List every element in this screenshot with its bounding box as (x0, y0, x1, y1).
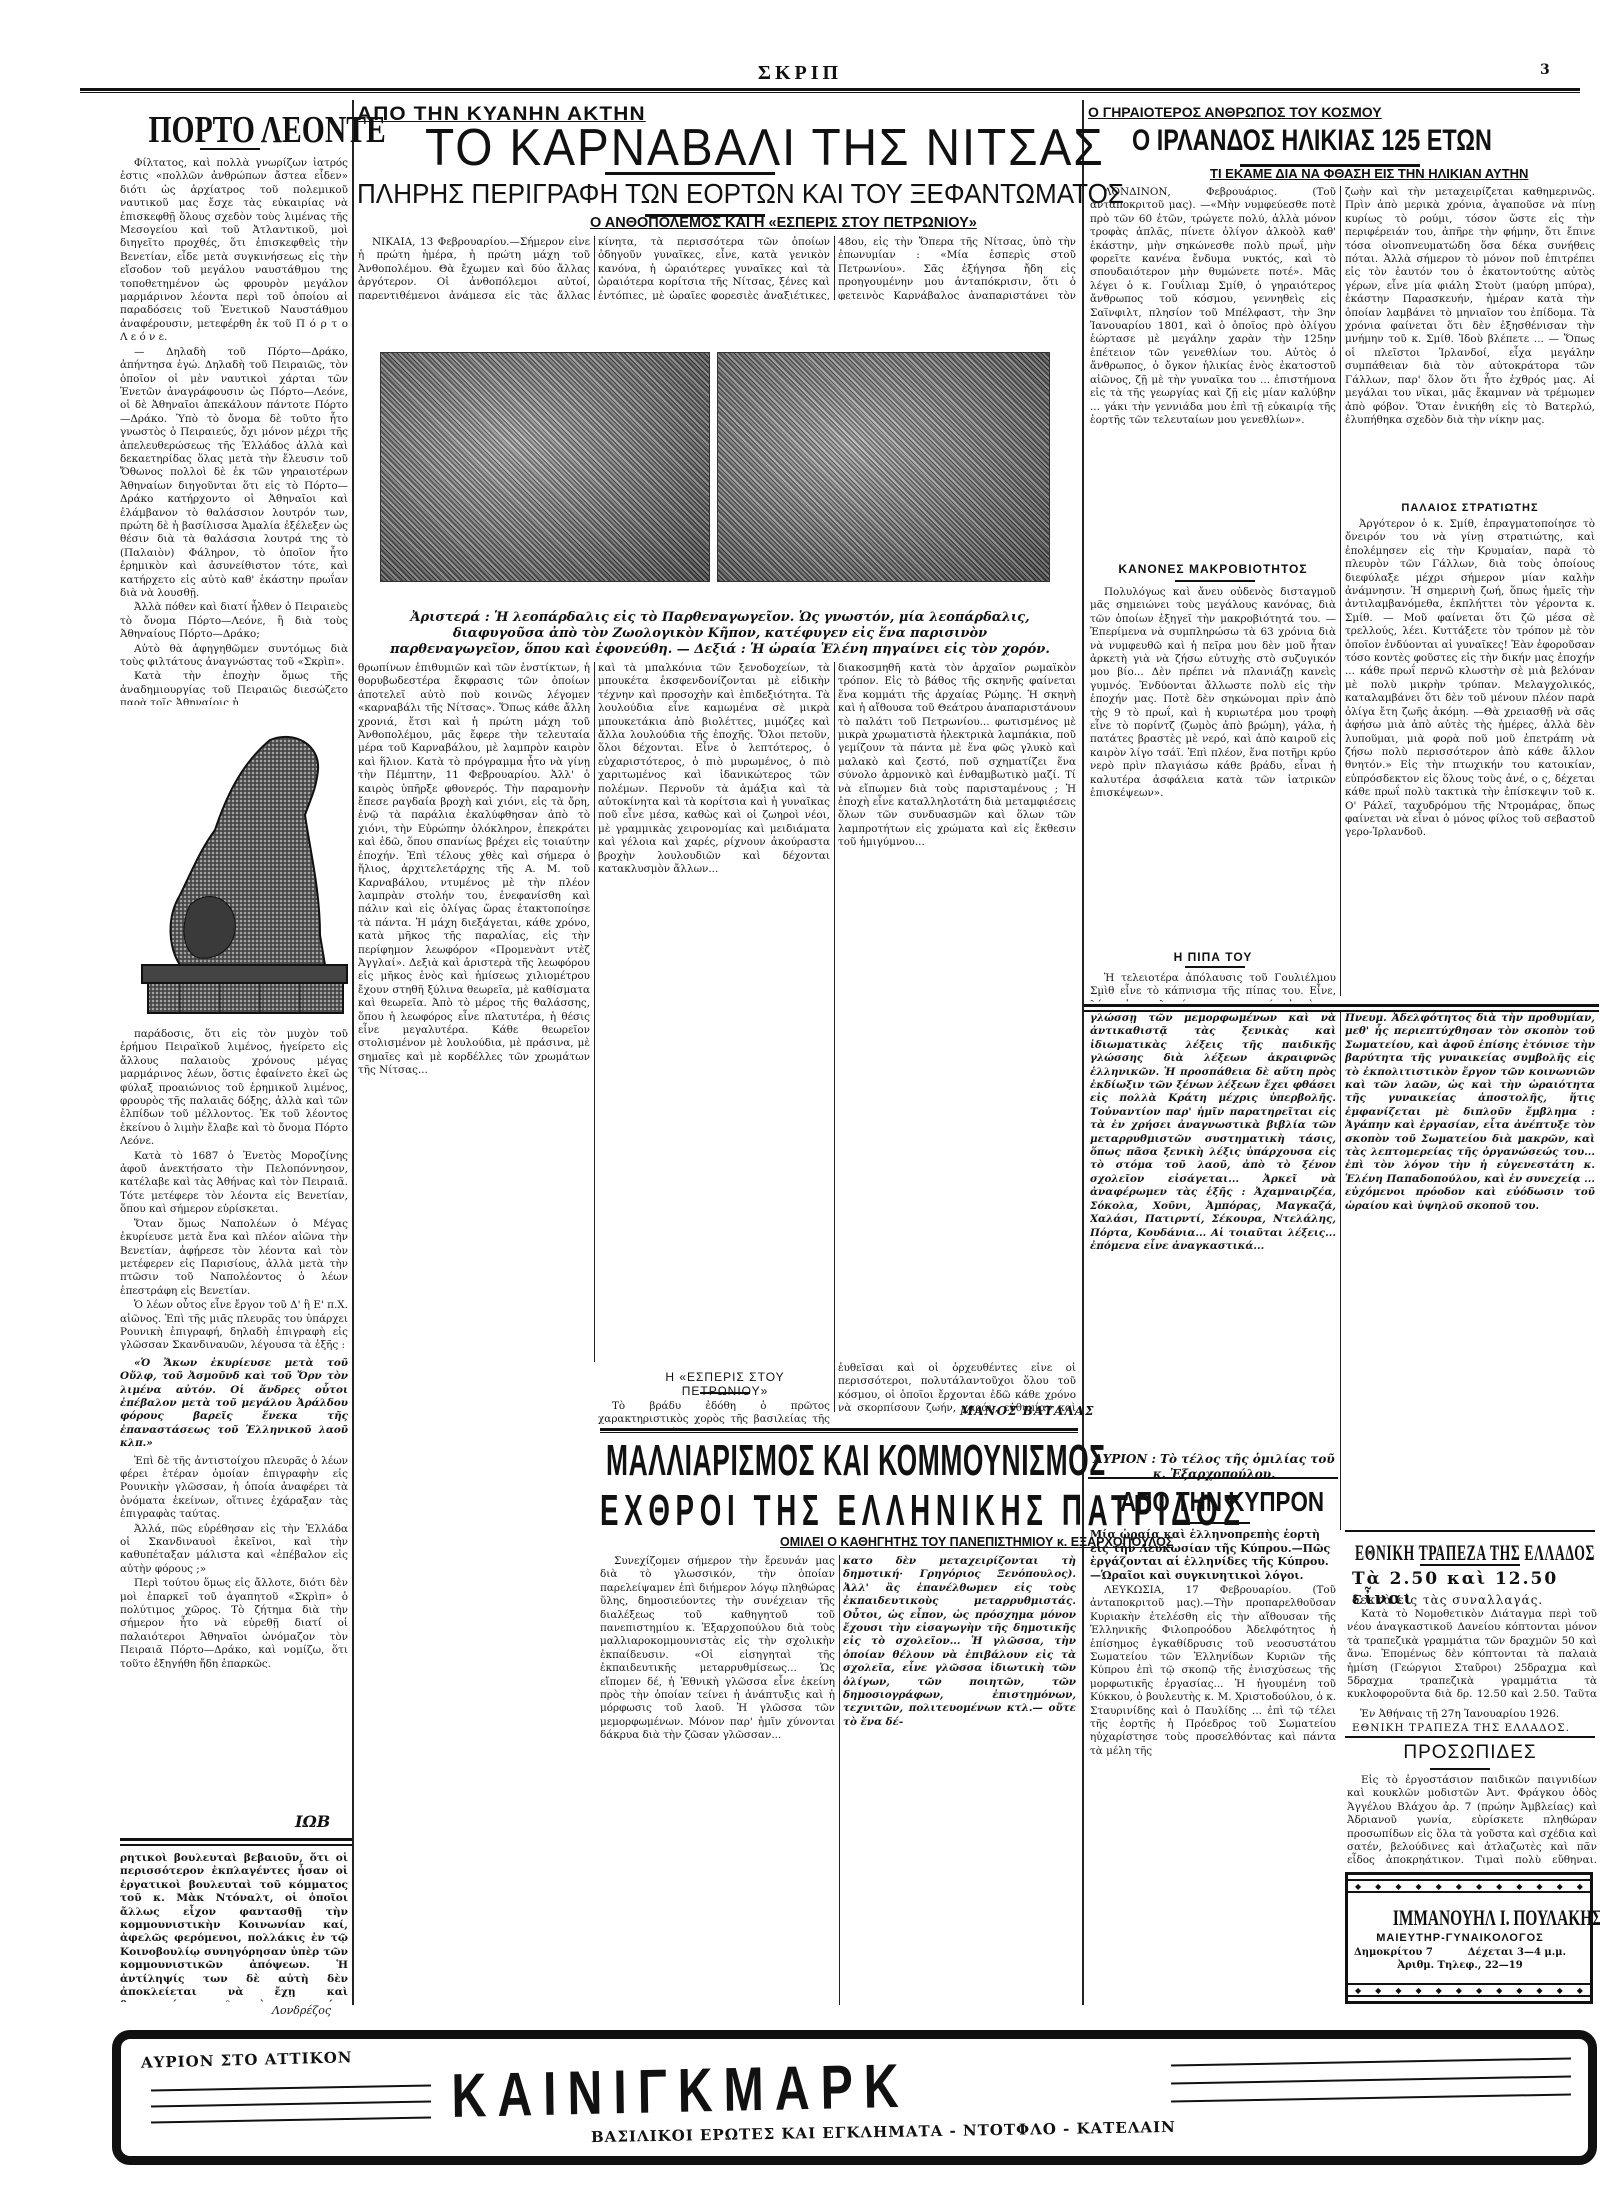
title-rule (1180, 1522, 1250, 1524)
sub-section-rule (700, 1392, 750, 1394)
article-lead: Μία ὡραία καὶ ἑλληνοπρεπὴς ἑορτὴ εἰς τὴν… (1090, 1528, 1336, 1582)
paragraph: Κατὰ τὸ 1687 ὁ Ἐνετὸς Μοροζίνης ἀφοῦ ἀνε… (120, 1150, 348, 1217)
article-title: ΑΠΟ ΤΗΝ ΚΥΠΡΟΝ (1120, 1486, 1324, 1518)
column-2-top: κίνητα, τὰ περισσότερα τῶν ὁποίων ὁδηγοῦ… (598, 236, 830, 300)
section-rule (1345, 1530, 1595, 1532)
paragraph: Κατὰ τὴν ἐποχὴν ὅμως τῆς ἀναδημιουργίας … (120, 670, 348, 705)
article-title: ΤΟ ΚΑΡΝΑΒΑΛΙ ΤΗΣ ΝΙΤΣΑΣ (425, 118, 1105, 178)
column-2: κατο δὲν μεταχειρίζονται τὴ δημοτική· Γρ… (843, 1555, 1076, 2005)
column-3-top: 48ου, εἰς τὴν Ὄπερα τῆς Νίτσας, ὑπὸ τὴν … (838, 236, 1076, 300)
section-rule (1175, 580, 1255, 582)
column-1: Συνεχίζομεν σήμερον τὴν ἔρευνάν μας διὰ … (600, 1555, 835, 2005)
page-number: 3 (1540, 62, 1550, 78)
paragraph: ΛΟΝΔΙΝΟΝ, Φεβρουάριος. (Τοῦ ἀνταποκριτοῦ… (1090, 186, 1336, 427)
article-title: ΠΟΡΤΟ ΛΕΟΝΤΕ (148, 108, 385, 152)
column-divider (1340, 1010, 1341, 1530)
doctor-phone: Ἀριθμ. Τηλεφ., 22—19 (1348, 1960, 1572, 1971)
paragraph: Ἐπὶ δὲ τῆς ἀντιστοίχου πλευρᾶς ὁ λέων φέ… (120, 1455, 348, 1522)
paragraph: Ἀλλὰ πόθεν καὶ διατί ἦλθεν ὁ Πειραιεὺς τ… (120, 601, 348, 641)
column-divider (352, 100, 354, 2005)
headline-line-1: ΜΑΛΛΙΑΡΙΣΜΟΣ ΚΑΙ ΚΟΜΜΟΥΝΙΣΜΟΣ (606, 1436, 1106, 1486)
decorative-line (151, 2117, 431, 2124)
paragraph: κατο δὲν μεταχειρίζονται τὴ δημοτική· Γρ… (843, 1555, 1076, 1729)
column-1-bottom: θρωπίνων ἐπιθυμιῶν καὶ τῶν ἐνστίκτων, ἡ … (358, 662, 590, 1362)
article-subhead: Ο ΑΝΘΟΠΟΛΕΜΟΣ ΚΑΙ Η «ΕΣΠΕΡΙΣ ΣΤΟΥ ΠΕΤΡΩΝ… (590, 215, 977, 231)
paragraph: 48ου, εἰς τὴν Ὄπερα τῆς Νίτσας, ὑπὸ τὴν … (838, 236, 1076, 300)
title-rule (1420, 1564, 1520, 1566)
column-divider (834, 236, 835, 300)
decorative-line (151, 2101, 431, 2108)
column-divider (594, 662, 595, 1362)
paragraph: Φίλτατος, καὶ πολλὰ γνωρίζων ἰατρός ἐστι… (120, 157, 348, 345)
column-1-top: ΝΙΚΑΙΑ, 13 Φεβρουαρίου.—Σήμερον εἶνε ἡ π… (358, 236, 590, 300)
paragraph: ζωὴν καὶ τὴν μεταχειρίζεται καθημερινῶς.… (1345, 186, 1595, 427)
paragraph: ΝΙΚΑΙΑ, 13 Φεβρουαρίου.—Σήμερον εἶνε ἡ π… (358, 236, 590, 300)
photo-caption: Ἀριστερά : Ἡ λεοπάρδαλις εἰς τὸ Παρθεναγ… (390, 610, 1050, 658)
bank-body: Κατὰ τὸ Νομοθετικὸν Διάταγμα περὶ τοῦ νέ… (1347, 1608, 1597, 1700)
bank-signature: ΕΘΝΙΚΗ ΤΡΑΠΕΖΑ ΤΗΣ ΕΛΛΑΔΟΣ. (1352, 1722, 1570, 1734)
title-rule (200, 148, 260, 150)
paragraph: Συνεχίζομεν σήμερον τὴν ἔρευνάν μας διὰ … (600, 1555, 835, 1743)
paragraph: ρητικοὶ βουλευταὶ βεβαιοῦν, ὅτι οἱ περισ… (120, 1852, 348, 2002)
paragraph: Τὸ βράδυ ἐδόθη ὁ πρῶτος χαρακτηριστικὸς … (598, 1400, 830, 1430)
paragraph: γλώσσῃ τῶν μεμορφωμένων καὶ νὰ ἀντικαθισ… (1090, 1012, 1336, 1253)
palaios-stratiotis-text: Ἀργότερον ὁ κ. Σμίθ, ἐπραγματοποίησε τὸ … (1345, 518, 1595, 998)
paragraph: Κατὰ τὸ Νομοθετικὸν Διάταγμα περὶ τοῦ νέ… (1347, 1608, 1597, 1700)
section-heading: ΚΑΝΟΝΕΣ ΜΑΚΡΟΒΙΟΤΗΤΟΣ (1090, 562, 1336, 576)
bank-date: Ἐν Ἀθήναις τῇ 27η Ἰανουαρίου 1926. (1360, 1708, 1559, 1720)
paragraph: ΛΕΥΚΩΣΙΑ, 17 Φεβρουαρίου. (Τοῦ ἀνταποκρι… (1090, 1584, 1336, 1758)
paragraph: διακοσμηθῆ κατὰ τὸν ἀρχαῖον ρωμαϊκὸν τρό… (838, 662, 1076, 850)
paragraph: Μία ὡραία καὶ ἑλληνοπρεπὴς ἑορτὴ εἰς τὴν… (1090, 1528, 1336, 1582)
runic-inscription-quote: «Ὁ Ἄκων ἐκυρίευσε μετὰ τοῦ Οὔλφ, τοῦ Ἀσμ… (120, 1357, 348, 1451)
women-society-continuation: Πνευμ. Ἀδελφότητος διὰ τὴν προθυμίαν, με… (1345, 1012, 1595, 1500)
section-rule (1345, 1736, 1595, 1738)
section-rule (1185, 966, 1245, 968)
bank-lead-rest: δεκτὰ εἰς τὰς συναλλαγάς. (1352, 1593, 1543, 1607)
decorative-line (1171, 2076, 1571, 2085)
london-report-signature: Λονδρέζος (272, 2004, 331, 2017)
prosopides-title: ΠΡΟΣΩΠΙΔΕΣ (1345, 1742, 1595, 1764)
column-2-bottom: καὶ τὰ μπαλκόνια τῶν ξενοδοχείων, τὰ μπο… (598, 662, 830, 1362)
paragraph: Εἰς τὸ ἐργοστάσιον παιδικῶν παιγνιδίων κ… (1347, 1774, 1597, 1866)
section-rule (600, 1428, 1078, 1433)
lion-statue-image (120, 720, 350, 1020)
diamond-border-bottom: ◆◆◆◆◆◆◆◆◆◆◆◆ (1348, 1983, 1590, 1997)
pipa-text: Ἡ τελειοτέρα ἀπόλαυσις τοῦ Γουλιέλμου Σμ… (1090, 972, 1336, 1002)
article-body: Φίλτατος, καὶ πολλὰ γνωρίζων ἰατρός ἐστι… (120, 157, 348, 705)
paragraph: Ὁ λέων οὗτος εἶνε ἔργον τοῦ Δ' ἢ Ε' π.Χ.… (120, 1299, 348, 1353)
section-rule (1084, 1004, 1599, 1012)
section-rule (120, 1838, 352, 1846)
doctor-name: ΙΜΜΑΝΟΥΗΛ Ι. ΠΟΥΛΑΚΗΣ (1393, 1905, 1600, 1931)
article-subhead: ΤΙ ΕΚΑΜΕ ΔΙΑ ΝΑ ΦΘΑΣΗ ΕΙΣ ΤΗΝ ΗΛΙΚΙΑΝ ΑΥ… (1210, 166, 1528, 181)
london-report-continued: ρητικοὶ βουλευταὶ βεβαιοῦν, ὅτι οἱ περισ… (120, 1852, 348, 2002)
author-signature: ΙΩΒ (295, 1812, 330, 1831)
paragraph: Αὐτὸ θὰ ἀφηγηθῶμεν συντόμως διὰ τοὺς φιλ… (120, 643, 348, 670)
section-heading: Η ΠΙΠΑ ΤΟΥ (1090, 950, 1336, 964)
sub-section-text: Τὸ βράδυ ἐδόθη ὁ πρῶτος χαρακτηριστικὸς … (598, 1400, 830, 1430)
top-rule (80, 88, 1580, 93)
article-title: Ο ΙΡΛΑΝΔΟΣ ΗΛΙΚΙΑΣ 125 ΕΤΩΝ (1132, 124, 1492, 158)
column-1: ΛΟΝΔΙΝΟΝ, Φεβρουάριος. (Τοῦ ἀνταποκριτοῦ… (1090, 186, 1336, 556)
article-body: ΛΕΥΚΩΣΙΑ, 17 Φεβρουαρίου. (Τοῦ ἀνταποκρι… (1090, 1584, 1336, 2004)
paragraph: θρωπίνων ἐπιθυμιῶν καὶ τῶν ἐνστίκτων, ἡ … (358, 662, 590, 1078)
paragraph: Ἀργότερον ὁ κ. Σμίθ, ἐπραγματοποίησε τὸ … (1345, 518, 1595, 840)
paragraph: — Δηλαδὴ τοῦ Πόρτο—Δράκο, ἀπήντησα ἐγώ. … (120, 346, 348, 601)
column-3: γλώσσῃ τῶν μεμορφωμένων καὶ νὰ ἀντικαθισ… (1090, 1012, 1336, 1442)
column-3-bottom: διακοσμηθῆ κατὰ τὸν ἀρχαῖον ρωμαϊκὸν τρό… (838, 662, 1076, 1362)
section-rule (1088, 1477, 1338, 1479)
paragraph: Πολυλόγως καὶ ἄνευ οὐδενὸς δισταγμοῦ μᾶς… (1090, 586, 1336, 801)
diamond-border-top: ◆◆◆◆◆◆◆◆◆◆◆◆ (1348, 1879, 1590, 1893)
masthead-title: ΣΚΡΙΠ (700, 62, 900, 85)
paragraph: κίνητα, τὰ περισσότερα τῶν ὁποίων ὁδηγοῦ… (598, 236, 830, 300)
ad-frame: ◆◆◆◆◆◆◆◆◆◆◆◆ ◆◆◆◆◆◆◆◆◆◆◆◆ ΙΜΜΑΝΟΥΗΛ Ι. Π… (1345, 1872, 1593, 2004)
prosopides-body: Εἰς τὸ ἐργοστάσιον παιδικῶν παιγνιδίων κ… (1347, 1774, 1597, 1866)
cinema-kicker: ΑΥΡΙΟΝ ΣΤΟ ΑΤΤΙΚΟΝ (141, 2048, 353, 2072)
section-heading: ΠΑΛΑΙΟΣ ΣΤΡΑΤΙΩΤΗΣ (1345, 502, 1595, 514)
column-divider (1340, 186, 1341, 996)
doctor-address: Δημοκρίτου 7 (1354, 1947, 1433, 1958)
column-2: ζωὴν καὶ τὴν μεταχειρίζεται καθημερινῶς.… (1345, 186, 1595, 496)
paragraph: Πνευμ. Ἀδελφότητος διὰ τὴν προθυμίαν, με… (1345, 1012, 1595, 1213)
article-kicker: Ο ΓΗΡΑΙΟΤΕΡΟΣ ΑΝΘΡΩΠΟΣ ΤΟΥ ΚΟΣΜΟΥ (1088, 104, 1382, 120)
decorative-line (1171, 2094, 1571, 2103)
doctor-specialty: ΜΑΙΕΥΤΗΡ-ΓΥΝΑΙΚΟΛΟΓΟΣ (1348, 1932, 1572, 1944)
kanones-text: Πολυλόγως καὶ ἄνευ οὐδενὸς δισταγμοῦ μᾶς… (1090, 586, 1336, 886)
column-divider (839, 1555, 840, 2005)
article-body-continued: παράδοσις, ὅτι εἰς τὸν μυχὸν τοῦ ἐρήμου … (120, 1028, 348, 1668)
column-divider (594, 236, 595, 300)
paragraph: Ὅταν ὅμως Ναπολέων ὁ Μέγας ἐκυρίευσε μετ… (120, 1218, 348, 1298)
column-divider (834, 662, 835, 1412)
cinema-advertisement: ΑΥΡΙΟΝ ΣΤΟ ΑΤΤΙΚΟΝ ΚΑΙΝΙΓΚΜΑΡΚ ΒΑΣΙΛΙΚΟΙ… (112, 2030, 1597, 2165)
column-divider (1082, 100, 1084, 2005)
paragraph: παράδοσις, ὅτι εἰς τὸν μυχὸν τοῦ ἐρήμου … (120, 1028, 348, 1149)
doctor-hours: Δέχεται 3—4 μ.μ. (1468, 1947, 1566, 1958)
title-rule (1430, 1768, 1490, 1770)
decorative-line (151, 2085, 431, 2092)
cinema-title: ΚΑΙΝΙΓΚΜΑΡΚ (451, 2051, 910, 2132)
paragraph: Ἡ τελειοτέρα ἀπόλαυσις τοῦ Γουλιέλμου Σμ… (1090, 972, 1336, 1002)
decorative-line (1171, 2058, 1571, 2067)
author-signature: ΜΑΝΟΣ ΒΑΤΑΛΑΣ (960, 1404, 1094, 1418)
helen-photo (717, 352, 1050, 582)
article-subtitle: ΠΛΗΡΗΣ ΠΕΡΙΓΡΑΦΗ ΤΩΝ ΕΟΡΤΩΝ ΚΑΙ ΤΟΥ ΞΕΦΑ… (357, 178, 1124, 210)
bank-title: ΕΘΝΙΚΗ ΤΡΑΠΕΖΑ ΤΗΣ ΕΛΛΑΔΟΣ (1355, 1540, 1595, 1566)
paragraph: Ἀλλά, πῶς εὑρέθησαν εἰς τὴν Ἑλλάδα οἱ Σκ… (120, 1523, 348, 1577)
leopard-photo (380, 352, 710, 582)
title-underline (605, 172, 775, 175)
paragraph: Περὶ τούτου ὅμως εἰς ἄλλοτε, διότι δὲν μ… (120, 1577, 348, 1668)
paragraph: καὶ τὰ μπαλκόνια τῶν ξενοδοχείων, τὰ μπο… (598, 662, 830, 877)
